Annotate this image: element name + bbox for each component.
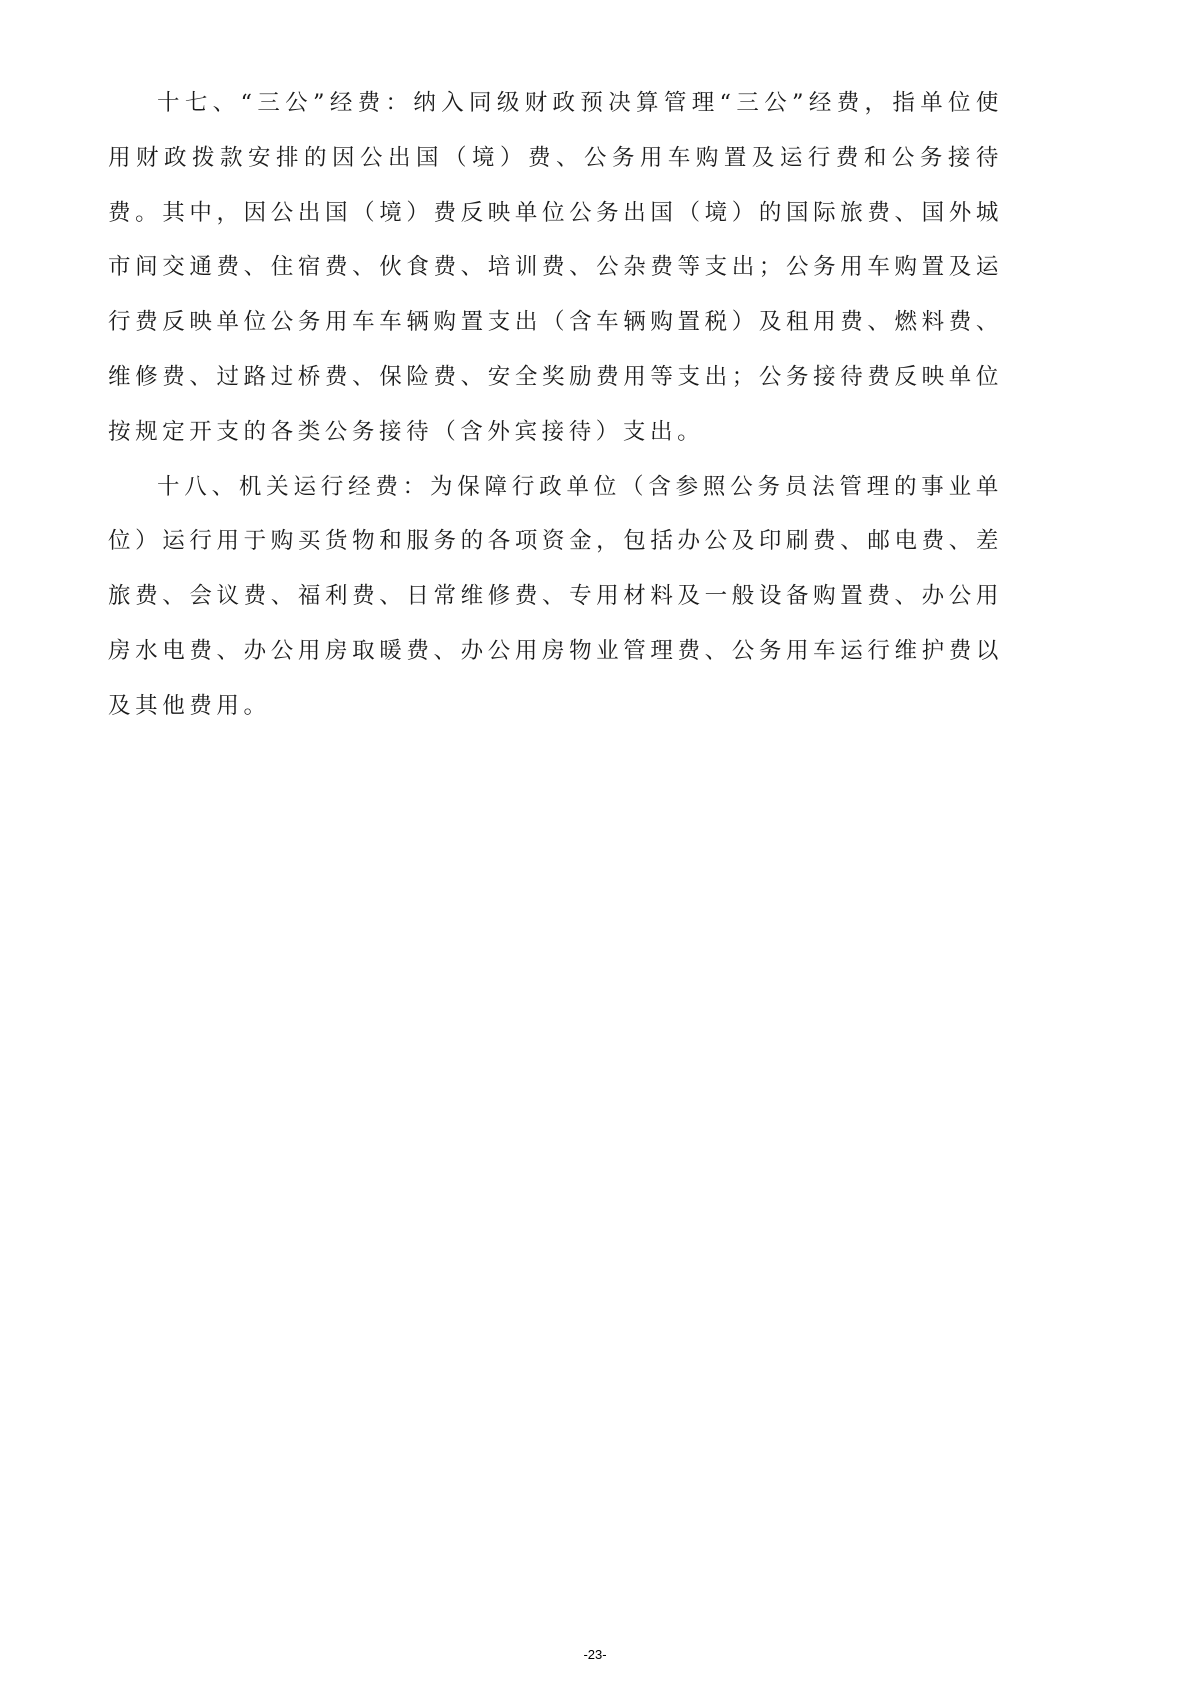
document-page: 十七、“三公”经费：纳入同级财政预决算管理“三公”经费，指单位使用财政拨款安排的… bbox=[0, 0, 1190, 1684]
paragraph-three-public-expenses: 十七、“三公”经费：纳入同级财政预决算管理“三公”经费，指单位使用财政拨款安排的… bbox=[108, 76, 1003, 460]
paragraph-operating-expenses: 十八、机关运行经费：为保障行政单位（含参照公务员法管理的事业单位）运行用于购买货… bbox=[108, 460, 1003, 734]
page-number: -23- bbox=[0, 1647, 1190, 1662]
body-text: 十七、“三公”经费：纳入同级财政预决算管理“三公”经费，指单位使用财政拨款安排的… bbox=[108, 76, 1003, 734]
